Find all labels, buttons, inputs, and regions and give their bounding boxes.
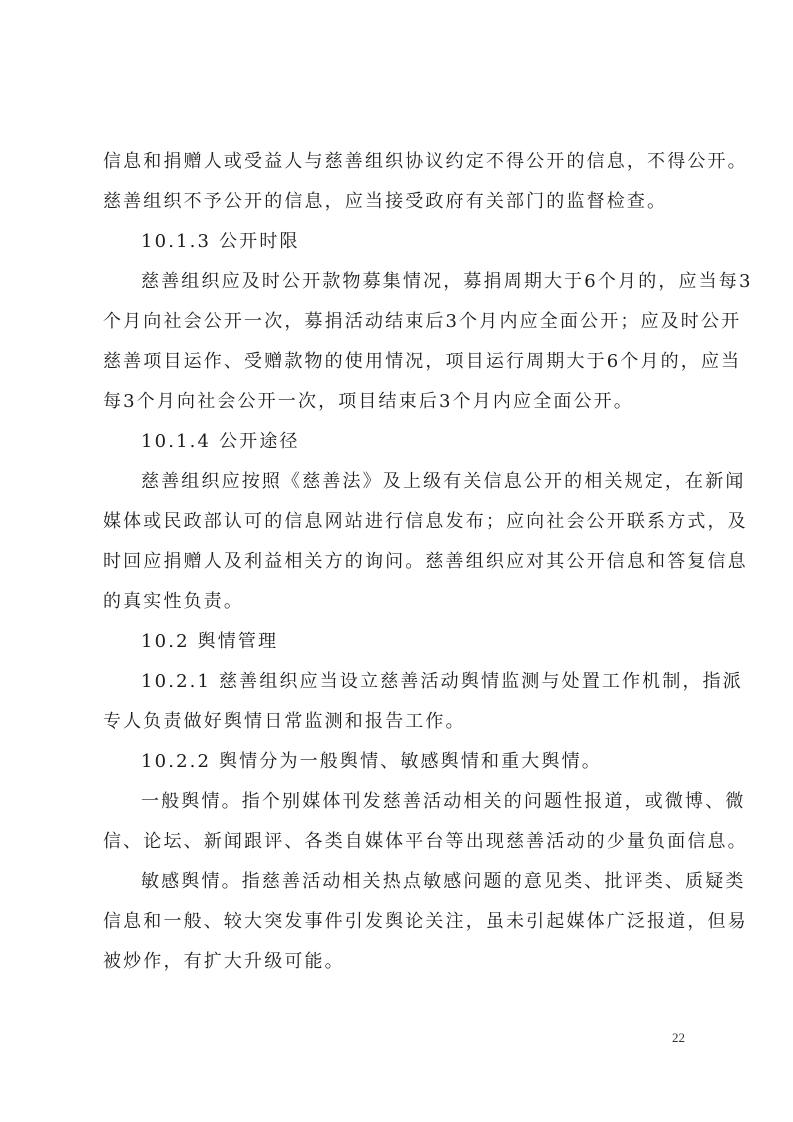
paragraph-start-sensitive-opinion: 敏感舆情。指慈善活动相关热点敏感问题的意见类、批评类、质疑类 <box>103 868 703 908</box>
section-heading-10-2: 10.2 舆情管理 <box>103 628 703 668</box>
paragraph-start-10-2-1: 10.2.1 慈善组织应当设立慈善活动舆情监测与处置工作机制，指派 <box>103 668 703 708</box>
text-line: 媒体或民政部认可的信息网站进行信息发布；应向社会公开联系方式，及 <box>103 508 703 548</box>
text-line: 个月向社会公开一次，募捐活动结束后3个月内应全面公开；应及时公开 <box>103 308 703 348</box>
paragraph-10-2-2: 10.2.2 舆情分为一般舆情、敏感舆情和重大舆情。 <box>103 748 703 788</box>
paragraph-start: 慈善组织应按照《慈善法》及上级有关信息公开的相关规定，在新闻 <box>103 468 703 508</box>
paragraph-start-general-opinion: 一般舆情。指个别媒体刊发慈善活动相关的问题性报道，或微博、微 <box>103 788 703 828</box>
text-line: 时回应捐赠人及利益相关方的询问。慈善组织应对其公开信息和答复信息 <box>103 548 703 588</box>
section-heading-10-1-4: 10.1.4 公开途径 <box>103 428 703 468</box>
text-line: 的真实性负责。 <box>103 588 703 628</box>
text-line: 信、论坛、新闻跟评、各类自媒体平台等出现慈善活动的少量负面信息。 <box>103 828 703 868</box>
text-line: 信息和一般、较大突发事件引发舆论关注，虽未引起媒体广泛报道，但易 <box>103 908 703 948</box>
text-line: 专人负责做好舆情日常监测和报告工作。 <box>103 708 703 748</box>
body-text: 信息和捐赠人或受益人与慈善组织协议约定不得公开的信息，不得公开。 慈善组织不予公… <box>103 148 703 988</box>
page-number: 22 <box>672 1030 685 1046</box>
paragraph-start: 慈善组织应及时公开款物募集情况，募捐周期大于6个月的，应当每3 <box>103 268 703 308</box>
document-page: 信息和捐赠人或受益人与慈善组织协议约定不得公开的信息，不得公开。 慈善组织不予公… <box>0 0 793 1122</box>
text-line: 慈善组织不予公开的信息，应当接受政府有关部门的监督检查。 <box>103 188 703 228</box>
text-line: 每3个月向社会公开一次，项目结束后3个月内应全面公开。 <box>103 388 703 428</box>
text-line: 信息和捐赠人或受益人与慈善组织协议约定不得公开的信息，不得公开。 <box>103 148 703 188</box>
section-heading-10-1-3: 10.1.3 公开时限 <box>103 228 703 268</box>
text-line: 被炒作，有扩大升级可能。 <box>103 948 703 988</box>
text-line: 慈善项目运作、受赠款物的使用情况，项目运行周期大于6个月的，应当 <box>103 348 703 388</box>
